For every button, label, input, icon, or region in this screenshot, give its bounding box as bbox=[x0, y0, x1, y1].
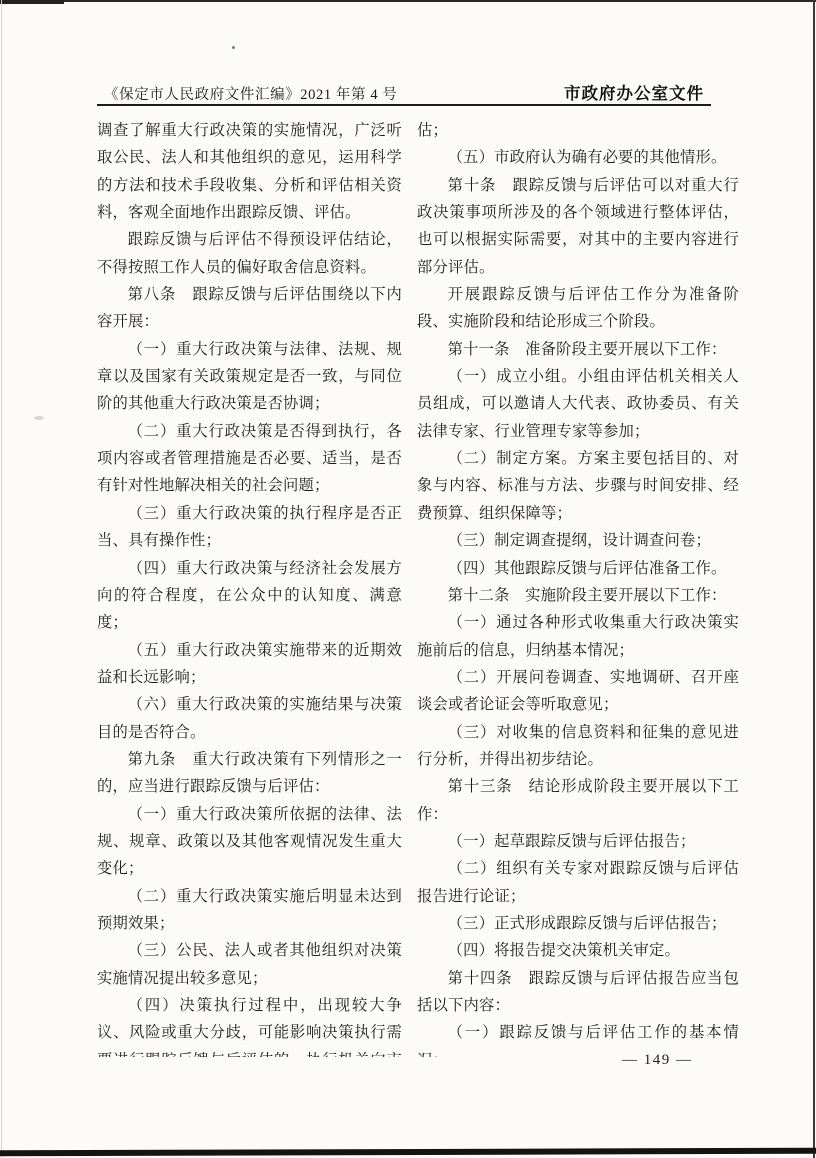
paragraph: 跟踪反馈与后评估不得预设评估结论，不得按照工作人员的偏好取舍信息资料。 bbox=[97, 226, 402, 281]
scan-top-edge-thick bbox=[0, 0, 64, 4]
paragraph: 估； bbox=[417, 117, 739, 144]
paragraph: （三）正式形成跟踪反馈与后评估报告； bbox=[417, 910, 739, 937]
paragraph: （三）公民、法人或者其他组织对决策实施情况提出较多意见； bbox=[97, 937, 402, 992]
paragraph: （四）决策执行过程中，出现较大争议、风险或重大分歧，可能影响决策执行需要进行跟踪… bbox=[97, 992, 402, 1057]
document-category-label: 市政府办公室文件 bbox=[0, 80, 704, 104]
left-column: 调查了解重大行政决策的实施情况，广泛听取公民、法人和其他组织的意见，运用科学的方… bbox=[97, 117, 402, 1057]
scanned-document-page: 《保定市人民政府文件汇编》2021 年第 4 号 市政府办公室文件 调查了解重大… bbox=[0, 0, 816, 1158]
paragraph: 第十四条 跟踪反馈与后评估报告应当包括以下内容： bbox=[417, 965, 739, 1020]
paragraph: （四）将报告提交决策机关审定。 bbox=[417, 937, 739, 964]
paragraph: 第八条 跟踪反馈与后评估围绕以下内容开展： bbox=[97, 281, 402, 336]
paragraph: （三）对收集的信息资料和征集的意见进行分析，并得出初步结论。 bbox=[417, 719, 739, 774]
paragraph: （二）重大行政决策是否得到执行，各项内容或者管理措施是否必要、适当，是否有针对性… bbox=[97, 418, 402, 500]
paragraph: 第十一条 准备阶段主要开展以下工作： bbox=[417, 336, 739, 363]
paragraph: 第十条 跟踪反馈与后评估可以对重大行政决策事项所涉及的各个领域进行整体评估，也可… bbox=[417, 172, 739, 281]
paragraph: 开展跟踪反馈与后评估工作分为准备阶段、实施阶段和结论形成三个阶段。 bbox=[417, 281, 739, 336]
scan-right-edge bbox=[813, 0, 815, 1158]
scan-speck bbox=[232, 46, 235, 49]
scan-bottom-edge bbox=[0, 1148, 816, 1157]
right-column: 估；（五）市政府认为确有必要的其他情形。第十条 跟踪反馈与后评估可以对重大行政决… bbox=[417, 117, 739, 1057]
scan-smudge bbox=[34, 416, 44, 420]
paragraph: （一）通过各种形式收集重大行政决策实施前后的信息，归纳基本情况； bbox=[417, 609, 739, 664]
paragraph: （四）重大行政决策与经济社会发展方向的符合程度，在公众中的认知度、满意度； bbox=[97, 555, 402, 637]
paragraph: 第九条 重大行政决策有下列情形之一的，应当进行跟踪反馈与后评估： bbox=[97, 746, 402, 801]
paragraph: （三）重大行政决策的执行程序是否正当、具有操作性； bbox=[97, 500, 402, 555]
paragraph: （六）重大行政决策的实施结果与决策目的是否符合。 bbox=[97, 691, 402, 746]
paragraph: 第十三条 结论形成阶段主要开展以下工作： bbox=[417, 773, 739, 828]
paragraph: （一）成立小组。小组由评估机关相关人员组成，可以邀请人大代表、政协委员、有关法律… bbox=[417, 363, 739, 445]
paragraph: （一）起草跟踪反馈与后评估报告； bbox=[417, 828, 739, 855]
paragraph: （四）其他跟踪反馈与后评估准备工作。 bbox=[417, 555, 739, 582]
paragraph: （一）重大行政决策与法律、法规、规章以及国家有关政策规定是否一致，与同位阶的其他… bbox=[97, 336, 402, 418]
document-body: 调查了解重大行政决策的实施情况，广泛听取公民、法人和其他组织的意见，运用科学的方… bbox=[97, 117, 739, 1057]
paragraph: （二）重大行政决策实施后明显未达到预期效果； bbox=[97, 883, 402, 938]
scan-top-edge bbox=[0, 0, 816, 2]
paragraph: （二）制定方案。方案主要包括目的、对象与内容、标准与方法、步骤与时间安排、经费预… bbox=[417, 445, 739, 527]
paragraph: （一）重大行政决策所依据的法律、法规、规章、政策以及其他客观情况发生重大变化； bbox=[97, 801, 402, 883]
paragraph: （五）重大行政决策实施带来的近期效益和长远影响； bbox=[97, 637, 402, 692]
paragraph: 第十二条 实施阶段主要开展以下工作： bbox=[417, 582, 739, 609]
paragraph: （二）组织有关专家对跟踪反馈与后评估报告进行论证； bbox=[417, 855, 739, 910]
header-rule bbox=[97, 104, 711, 106]
paragraph: （五）市政府认为确有必要的其他情形。 bbox=[417, 144, 739, 171]
paragraph: （三）制定调查提纲，设计调查问卷； bbox=[417, 527, 739, 554]
scan-left-edge bbox=[1, 0, 2, 1158]
page-number: — 149 — bbox=[622, 1052, 693, 1069]
paragraph: 调查了解重大行政决策的实施情况，广泛听取公民、法人和其他组织的意见，运用科学的方… bbox=[97, 117, 402, 226]
paragraph: （二）开展问卷调查、实地调研、召开座谈会或者论证会等听取意见； bbox=[417, 664, 739, 719]
